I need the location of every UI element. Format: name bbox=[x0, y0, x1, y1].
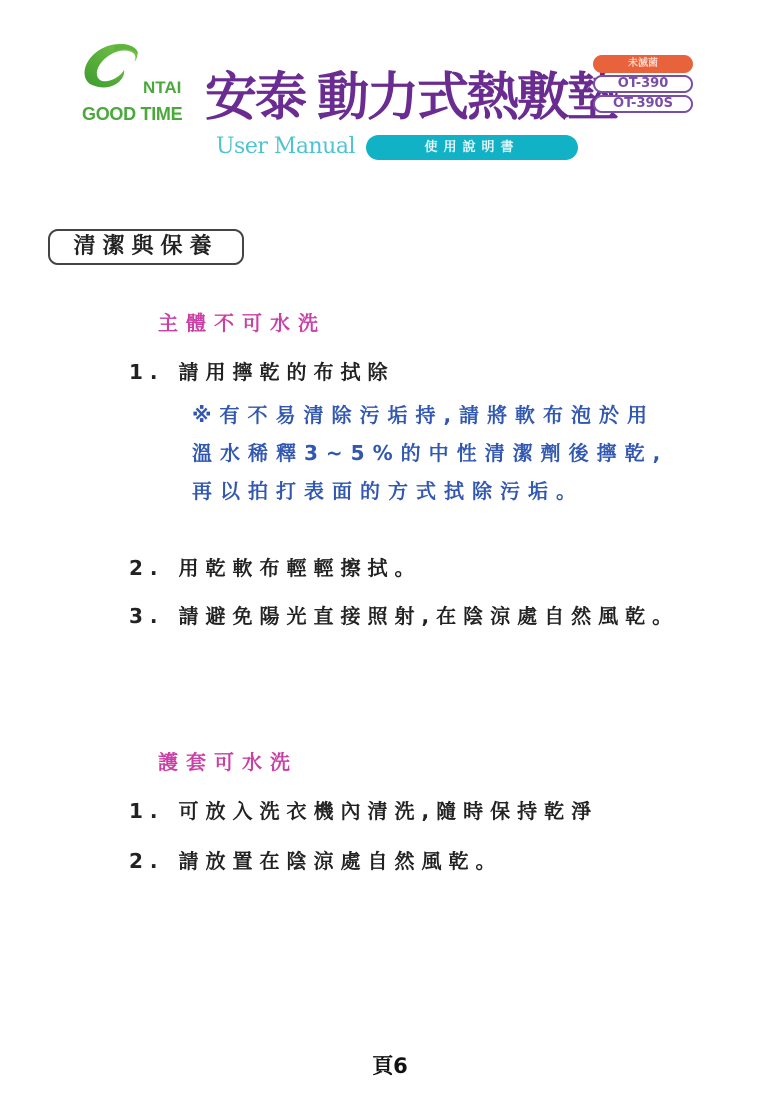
section-title: 清潔與保養 bbox=[48, 229, 244, 265]
page-number: 頁6 bbox=[0, 1050, 780, 1080]
body-step-2: 2. 用乾軟布輕輕擦拭。 bbox=[129, 552, 421, 581]
note-line-2: 溫水稀釋3~5%的中性清潔劑後擰乾, bbox=[192, 434, 668, 472]
brand-name: 安泰 bbox=[205, 68, 305, 128]
note-line-3: 再以拍打表面的方式拭除污垢。 bbox=[192, 472, 668, 510]
logo-ntai-text: NTAI bbox=[143, 78, 181, 98]
leaf-ring-logo-icon bbox=[80, 40, 142, 92]
body-step-3: 3. 請避免陽光直接照射,在陰涼處自然風乾。 bbox=[129, 600, 679, 629]
status-badge: 未滅菌 bbox=[593, 55, 693, 73]
body-step-1: 1. 請用擰乾的布拭除 bbox=[129, 356, 394, 385]
cover-step-1: 1. 可放入洗衣機內清洗,隨時保持乾淨 bbox=[129, 795, 598, 824]
product-title: 安泰動力式熱敷墊 bbox=[205, 68, 617, 128]
badge-stack: 未滅菌 OT-390 OT-390S bbox=[593, 55, 693, 115]
cover-heading: 護套可水洗 bbox=[158, 746, 298, 775]
manual-pill-label: 使用說明書 bbox=[366, 135, 578, 160]
cover-step-2: 2. 請放置在陰涼處自然風乾。 bbox=[129, 845, 502, 874]
body-note: ※有不易清除污垢持,請將軟布泡於用 溫水稀釋3~5%的中性清潔劑後擰乾, 再以拍… bbox=[192, 396, 668, 510]
note-line-1: ※有不易清除污垢持,請將軟布泡於用 bbox=[192, 396, 668, 434]
body-unit-heading: 主體不可水洗 bbox=[158, 307, 326, 336]
model-badge-ot390s: OT-390S bbox=[593, 95, 693, 113]
product-name: 動力式熱敷墊 bbox=[317, 68, 617, 128]
model-badge-ot390: OT-390 bbox=[593, 75, 693, 93]
logo-good-time-text: GOOD TIME bbox=[82, 104, 182, 125]
user-manual-label: User Manual bbox=[216, 134, 355, 159]
